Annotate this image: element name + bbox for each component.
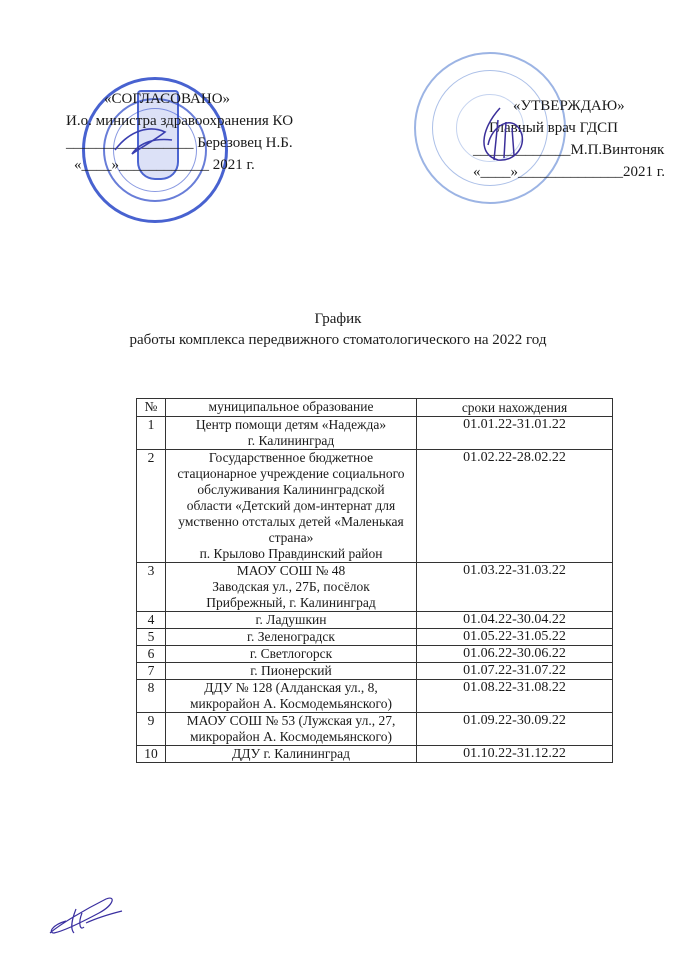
- document-title: График: [0, 309, 676, 330]
- column-header-dates: сроки нахождения: [417, 399, 613, 417]
- row-number: 6: [137, 646, 166, 663]
- row-municipality: ДДУ № 128 (Алданская ул., 8,микрорайон А…: [166, 680, 417, 713]
- municipality-line: МАОУ СОШ № 53 (Лужская ул., 27,: [169, 713, 413, 729]
- municipality-line: обслуживания Калининградской: [169, 482, 413, 498]
- row-municipality: МАОУ СОШ № 48Заводская ул., 27Б, посёлок…: [166, 563, 417, 612]
- municipality-line: микрорайон А. Космодемьянского): [169, 729, 413, 745]
- municipality-line: г. Калининград: [169, 433, 413, 449]
- municipality-line: области «Детский дом-интернат для: [169, 498, 413, 514]
- row-municipality: ДДУ г. Калининград: [166, 746, 417, 763]
- municipality-line: Прибрежный, г. Калининград: [169, 595, 413, 611]
- municipality-line: стационарное учреждение социального: [169, 466, 413, 482]
- row-dates: 01.07.22-31.07.22: [417, 663, 613, 680]
- signature-right-icon: [470, 100, 540, 170]
- row-number: 8: [137, 680, 166, 713]
- signature-left-icon: [110, 120, 180, 160]
- table-header-row: № муниципальное образование сроки нахожд…: [137, 399, 613, 417]
- municipality-line: Центр помощи детям «Надежда»: [169, 417, 413, 433]
- municipality-line: г. Пионерский: [169, 663, 413, 679]
- municipality-line: МАОУ СОШ № 48: [169, 563, 413, 579]
- table-row: 1Центр помощи детям «Надежда»г. Калининг…: [137, 417, 613, 450]
- table-row: 6г. Светлогорск01.06.22-30.06.22: [137, 646, 613, 663]
- municipality-line: Государственное бюджетное: [169, 450, 413, 466]
- municipality-line: умственно отсталых детей «Маленькая: [169, 514, 413, 530]
- row-number: 10: [137, 746, 166, 763]
- municipality-line: г. Светлогорск: [169, 646, 413, 662]
- document-subtitle: работы комплекса передвижного стоматолог…: [0, 330, 676, 351]
- table-row: 2Государственное бюджетноестационарное у…: [137, 450, 613, 563]
- row-dates: 01.08.22-31.08.22: [417, 680, 613, 713]
- municipality-line: г. Ладушкин: [169, 612, 413, 628]
- row-number: 3: [137, 563, 166, 612]
- municipality-line: ДДУ г. Калининград: [169, 746, 413, 762]
- table-row: 7г. Пионерский01.07.22-31.07.22: [137, 663, 613, 680]
- row-number: 9: [137, 713, 166, 746]
- column-header-municipality: муниципальное образование: [166, 399, 417, 417]
- table-row: 8ДДУ № 128 (Алданская ул., 8,микрорайон …: [137, 680, 613, 713]
- table-row: 5г. Зеленоградск01.05.22-31.05.22: [137, 629, 613, 646]
- signature-bottom-icon: [44, 895, 124, 940]
- table-row: 9МАОУ СОШ № 53 (Лужская ул., 27,микрорай…: [137, 713, 613, 746]
- municipality-line: ДДУ № 128 (Алданская ул., 8,: [169, 680, 413, 696]
- row-municipality: г. Пионерский: [166, 663, 417, 680]
- row-number: 5: [137, 629, 166, 646]
- municipality-line: микрорайон А. Космодемьянского): [169, 696, 413, 712]
- table-row: 3МАОУ СОШ № 48Заводская ул., 27Б, посёло…: [137, 563, 613, 612]
- municipality-line: п. Крылово Правдинский район: [169, 546, 413, 562]
- schedule-table: № муниципальное образование сроки нахожд…: [136, 398, 613, 763]
- row-municipality: Государственное бюджетноестационарное уч…: [166, 450, 417, 563]
- row-dates: 01.09.22-30.09.22: [417, 713, 613, 746]
- row-number: 1: [137, 417, 166, 450]
- row-dates: 01.02.22-28.02.22: [417, 450, 613, 563]
- municipality-line: г. Зеленоградск: [169, 629, 413, 645]
- row-municipality: г. Светлогорск: [166, 646, 417, 663]
- table-row: 4г. Ладушкин01.04.22-30.04.22: [137, 612, 613, 629]
- row-number: 7: [137, 663, 166, 680]
- municipality-line: Заводская ул., 27Б, посёлок: [169, 579, 413, 595]
- document-title-block: График работы комплекса передвижного сто…: [0, 309, 676, 351]
- row-dates: 01.10.22-31.12.22: [417, 746, 613, 763]
- row-dates: 01.04.22-30.04.22: [417, 612, 613, 629]
- row-municipality: г. Ладушкин: [166, 612, 417, 629]
- column-header-number: №: [137, 399, 166, 417]
- row-municipality: МАОУ СОШ № 53 (Лужская ул., 27,микрорайо…: [166, 713, 417, 746]
- row-number: 2: [137, 450, 166, 563]
- row-dates: 01.01.22-31.01.22: [417, 417, 613, 450]
- row-municipality: Центр помощи детям «Надежда»г. Калинингр…: [166, 417, 417, 450]
- row-dates: 01.06.22-30.06.22: [417, 646, 613, 663]
- municipality-line: страна»: [169, 530, 413, 546]
- approval-left-heading: «СОГЛАСОВАНО»: [104, 88, 230, 110]
- table-row: 10ДДУ г. Калининград01.10.22-31.12.22: [137, 746, 613, 763]
- row-dates: 01.05.22-31.05.22: [417, 629, 613, 646]
- row-municipality: г. Зеленоградск: [166, 629, 417, 646]
- row-number: 4: [137, 612, 166, 629]
- row-dates: 01.03.22-31.03.22: [417, 563, 613, 612]
